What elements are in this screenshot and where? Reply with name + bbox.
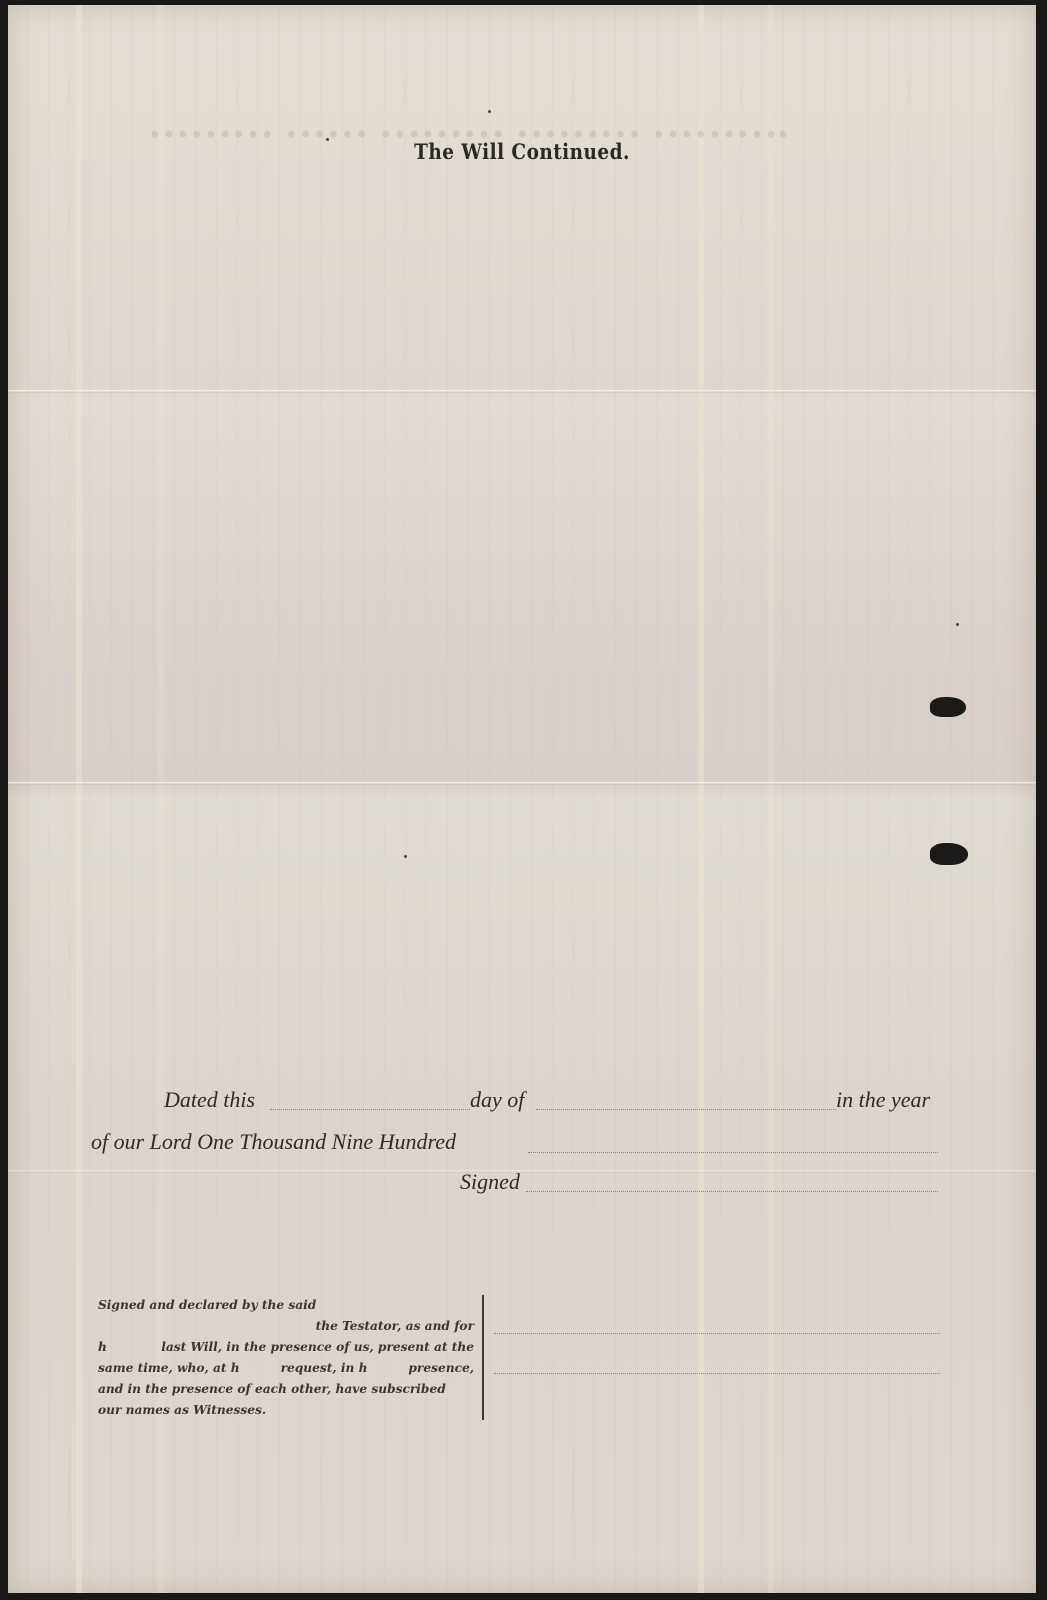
page-title: The Will Continued. [70,139,975,164]
year-prefix-label: of our Lord One Thousand Nine Hundred [91,1129,456,1155]
witness-signature-field-1[interactable] [494,1333,940,1334]
attestation-line-5: and in the presence of each other, have … [98,1379,474,1400]
attestation-line-2: the Testator, as and for [98,1316,474,1337]
ink-speck [404,855,407,858]
month-field[interactable] [536,1109,836,1110]
attestation-line-3: h last Will, in the presence of us, pres… [98,1337,474,1358]
paper-texture [698,5,704,1593]
will-page: .……… ……… ……… …… ……… The Will Continued. … [8,5,1036,1593]
ink-speck [326,138,329,141]
fold-line [8,1170,1036,1173]
attestation-line-6: our names as Witnesses. [98,1400,474,1421]
paper-texture [76,5,82,1593]
dated-this-label: Dated this [164,1087,255,1113]
attestation-line-4: same time, who, at h request, in h prese… [98,1358,474,1379]
attestation-clause: Signed and declared by the said the Test… [98,1295,474,1421]
paper-hole [930,697,966,717]
ink-speck [488,110,491,113]
day-field[interactable] [270,1109,470,1110]
testator-signature-field[interactable] [526,1191,938,1192]
ink-speck [956,623,959,626]
day-of-label: day of [470,1087,524,1113]
year-field[interactable] [528,1152,938,1153]
fold-line [8,390,1036,393]
fold-line [8,782,1036,785]
paper-hole [930,843,968,865]
in-the-year-label: in the year [836,1087,930,1113]
paper-texture [768,5,774,1593]
witness-bracket [482,1295,484,1420]
signed-label: Signed [460,1169,520,1195]
witness-signature-field-2[interactable] [494,1373,940,1374]
attestation-line-1: Signed and declared by the said [98,1295,474,1316]
